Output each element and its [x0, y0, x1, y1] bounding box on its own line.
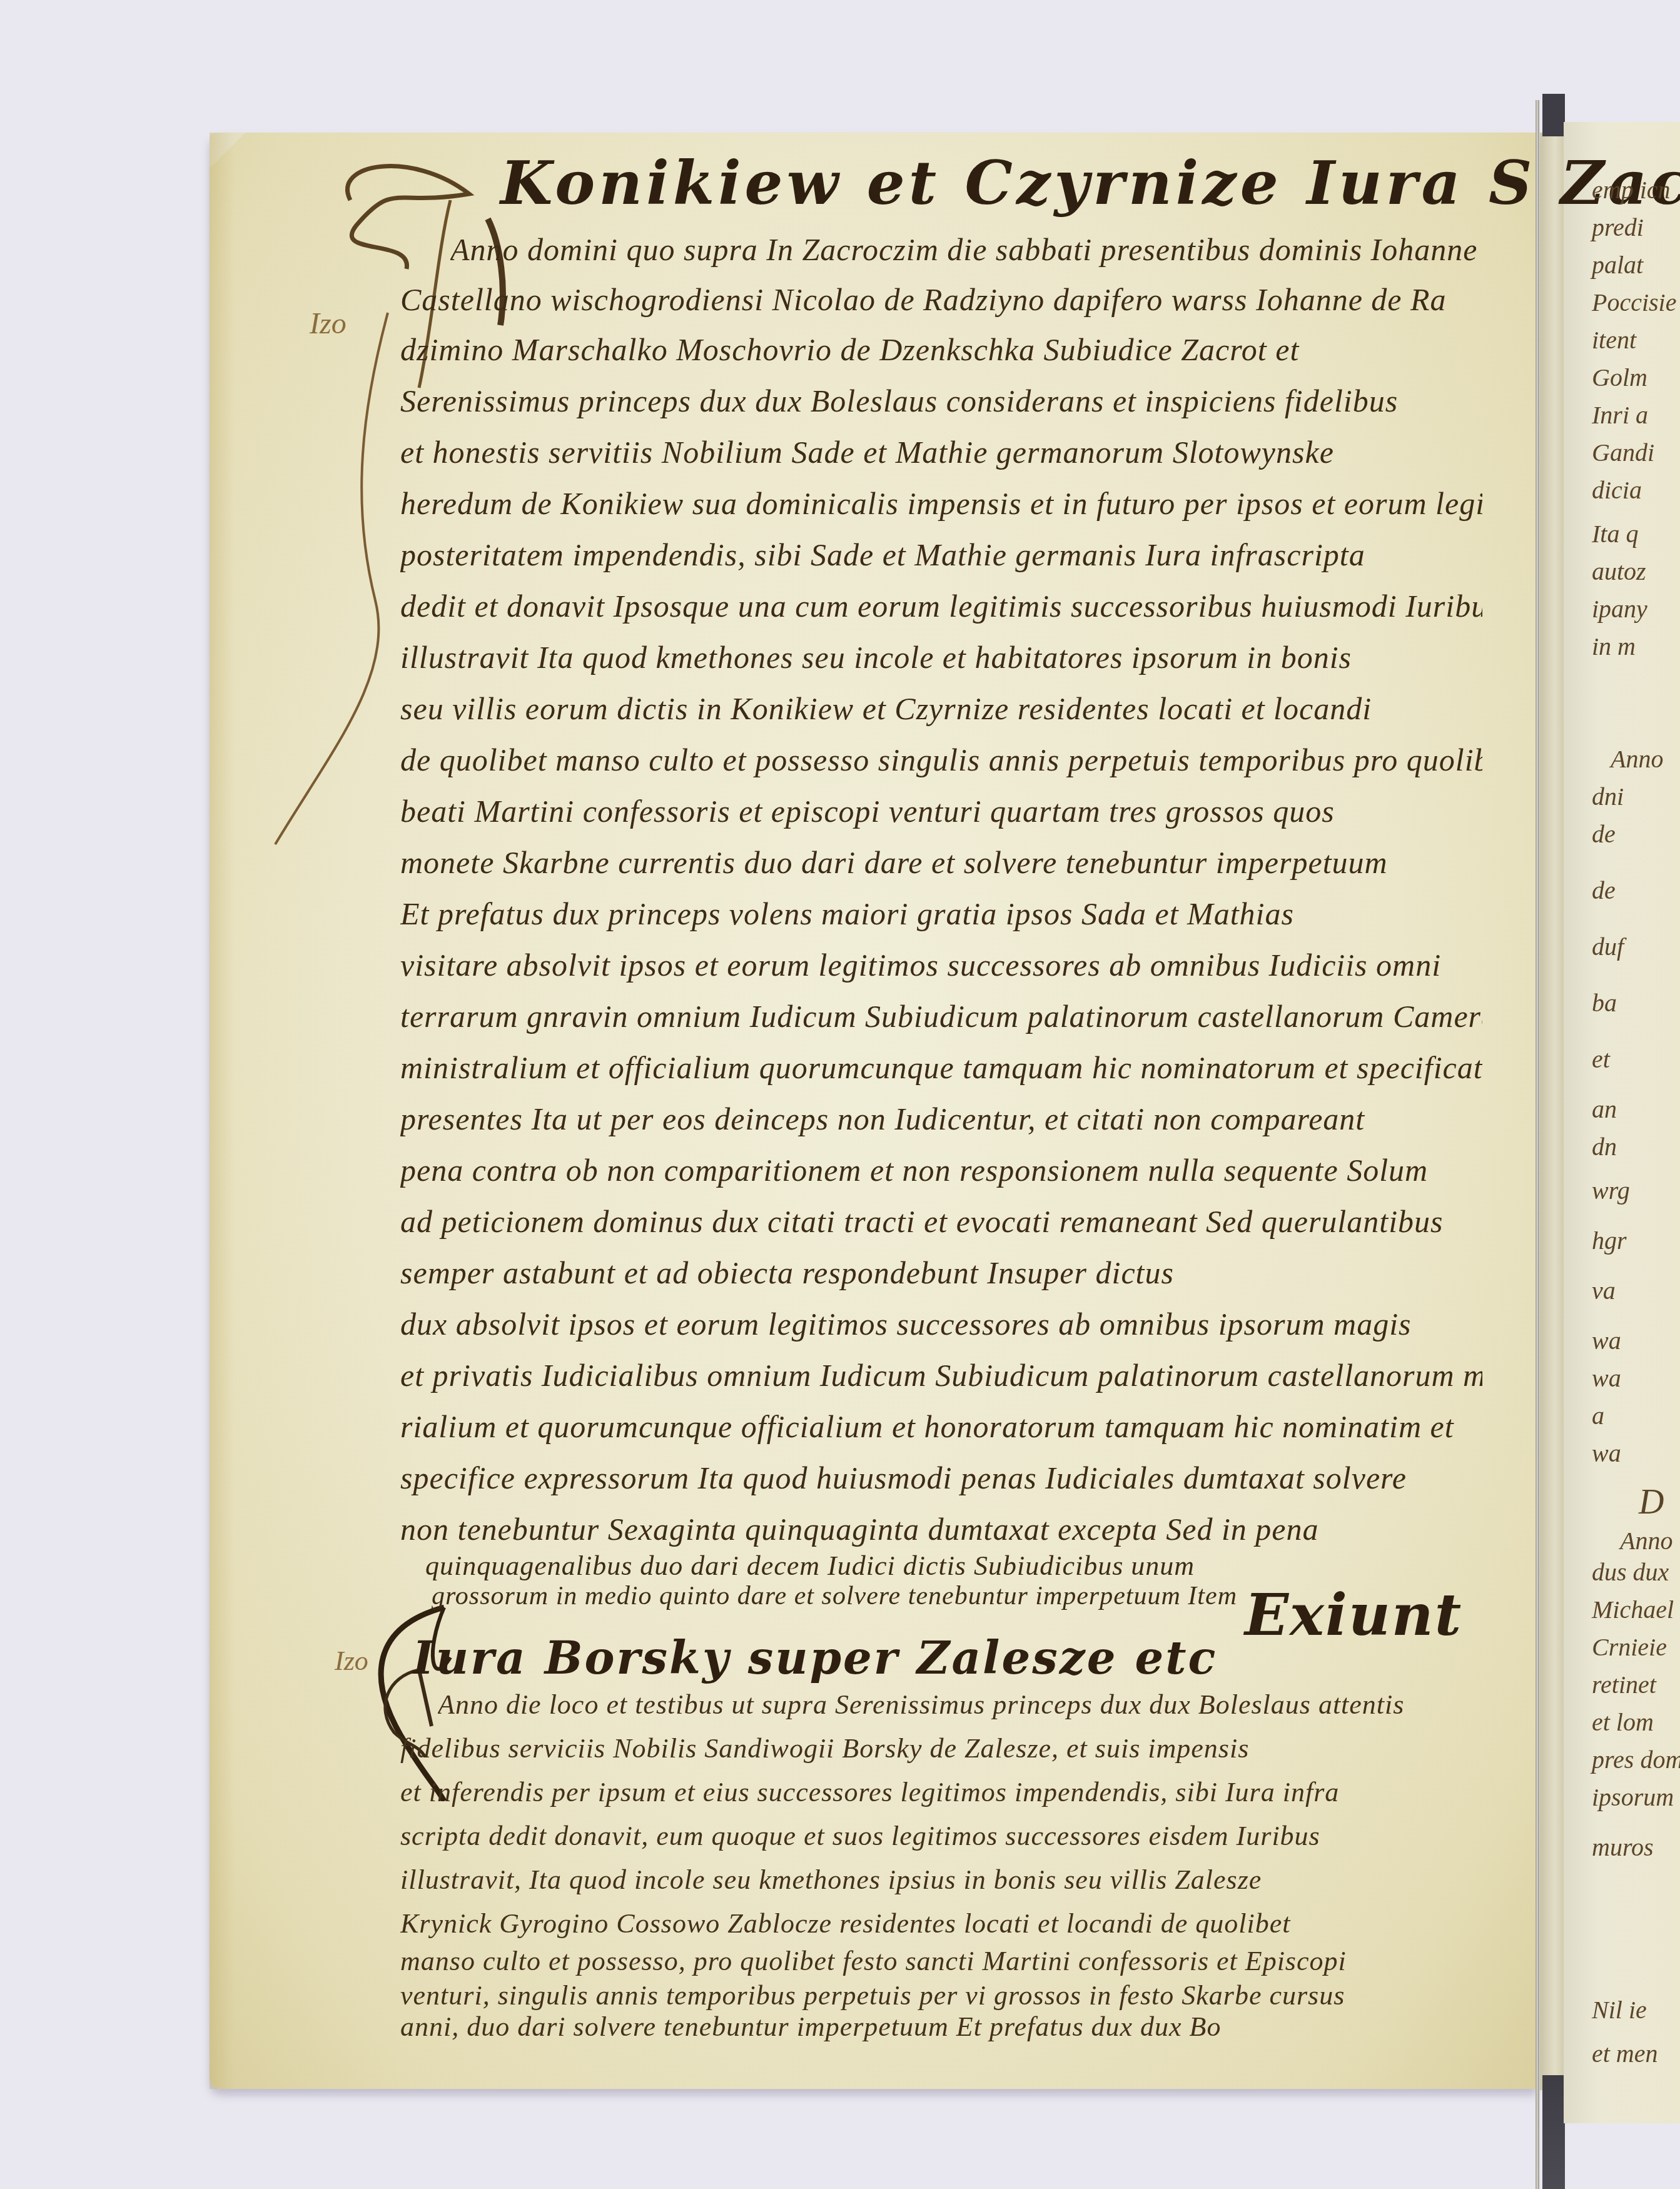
facing-fragment: et	[1592, 1044, 1610, 1074]
entry1-line: non tenebuntur Sexaginta quinquaginta du…	[400, 1511, 1482, 1547]
facing-fragment: Anno	[1620, 1526, 1672, 1555]
entry1-line: illustravit Ita quod kmethones seu incol…	[400, 639, 1482, 675]
facing-fragment: an	[1592, 1094, 1617, 1124]
facing-fragment: dn	[1592, 1132, 1617, 1161]
facing-fragment: de	[1592, 876, 1616, 905]
entry1-line: et honestis servitiis Nobilium Sade et M…	[400, 434, 1482, 470]
entry1-line: monete Skarbne currentis duo dari dare e…	[400, 844, 1482, 881]
binding-strip-top	[1542, 94, 1565, 136]
facing-fragment: va	[1592, 1276, 1616, 1305]
entry1-line: grossorum in medio quinto dare et solver…	[432, 1581, 1238, 1611]
binding-strip-bottom	[1542, 2075, 1565, 2189]
facing-fragment: emp icn	[1592, 175, 1671, 205]
entry2-line: Anno die loco et testibus ut supra Seren…	[438, 1689, 1464, 1721]
entry2-line: scripta dedit donavit, eum quoque et suo…	[400, 1820, 1476, 1852]
entry1-line: Serenissimus princeps dux dux Boleslaus …	[400, 383, 1482, 419]
facing-fragment: palat	[1592, 250, 1643, 280]
margin-note-2: Izo	[335, 1645, 368, 1677]
entry1-line: rialium et quorumcunque officialium et h…	[400, 1408, 1482, 1445]
facing-fragment: D	[1639, 1482, 1664, 1522]
entry2-heading: Iura Borsky super Zalesze etc	[413, 1631, 1217, 1684]
facing-fragment: Anno	[1611, 744, 1663, 774]
facing-fragment: itent	[1592, 325, 1636, 355]
entry1-line: quinquagenalibus duo dari decem Iudici d…	[425, 1550, 1426, 1582]
margin-note-1: Izo	[310, 306, 347, 341]
facing-fragment: pres dom	[1592, 1745, 1680, 1774]
facing-fragment: duf	[1592, 932, 1624, 961]
facing-fragment: wa	[1592, 1438, 1621, 1468]
entry1-line: Et prefatus dux princeps volens maiori g…	[400, 896, 1482, 932]
entry1-line: dedit et donavit Ipsosque una cum eorum …	[400, 588, 1482, 624]
facing-fragment: predi	[1592, 213, 1644, 242]
entry1-line: pena contra ob non comparitionem et non …	[400, 1152, 1482, 1188]
facing-fragment: Crnieie	[1592, 1632, 1667, 1662]
facing-fragment: et men	[1592, 2039, 1658, 2068]
entry1-line: visitare absolvit ipsos et eorum legitim…	[400, 947, 1482, 983]
entry1-line: Castellano wischogrodiensi Nicolao de Ra…	[400, 281, 1482, 318]
facing-fragment: dus dux	[1592, 1557, 1669, 1587]
entry1-line: posteritatem impendendis, sibi Sade et M…	[400, 537, 1482, 573]
facing-fragment: in m	[1592, 632, 1636, 661]
facing-fragment: a	[1592, 1401, 1604, 1430]
entry2-line: venturi, singulis annis temporibus perpe…	[400, 1979, 1476, 2011]
entry1-line: beati Martini confessoris et episcopi ve…	[400, 793, 1482, 829]
facing-fragment: Ita q	[1592, 519, 1638, 549]
entry1-line: ministralium et officialium quorumcunque…	[400, 1049, 1482, 1086]
entry2-line: et inferendis per ipsum et eius successo…	[400, 1776, 1476, 1808]
entry1-line: heredum de Konikiew sua dominicalis impe…	[400, 485, 1482, 522]
entry1-line: de quolibet manso culto et possesso sing…	[400, 742, 1482, 778]
entry1-line: dzimino Marschalko Moschovrio de Dzenksc…	[400, 331, 1482, 368]
entry1-line: dux absolvit ipsos et eorum legitimos su…	[400, 1306, 1482, 1342]
facing-fragment: Inri a	[1592, 400, 1648, 430]
gutter	[1540, 133, 1565, 2090]
entry1-line: terrarum gnravin omnium Iudicum Subiudic…	[400, 998, 1482, 1034]
entry2-line: illustravit, Ita quod incole seu kmethon…	[400, 1864, 1476, 1896]
entry1-line: semper astabunt et ad obiecta respondebu…	[400, 1255, 1482, 1291]
facing-fragment: ba	[1592, 988, 1617, 1018]
facing-fragment: dni	[1592, 782, 1624, 811]
facing-fragment: Poccisie	[1592, 288, 1677, 317]
facing-fragment: hgr	[1592, 1226, 1627, 1255]
facing-fragment: Gandi	[1592, 438, 1654, 467]
facing-fragment: ipany	[1592, 594, 1647, 624]
facing-fragment: wa	[1592, 1326, 1621, 1355]
entry2-line: manso culto et possesso, pro quolibet fe…	[400, 1945, 1476, 1977]
entry1-line: seu villis eorum dictis in Konikiew et C…	[400, 690, 1482, 727]
entry1-line: presentes Ita ut per eos deinceps non Iu…	[400, 1101, 1482, 1137]
facing-fragment: et lom	[1592, 1707, 1654, 1737]
facing-fragment: Nil ie	[1592, 1995, 1647, 2025]
entry1-line: ad peticionem dominus dux citati tracti …	[400, 1203, 1482, 1240]
exiunt-mark: Exiunt	[1245, 1581, 1462, 1649]
facing-fragment: retinet	[1592, 1670, 1656, 1699]
facing-fragment: Michael	[1592, 1595, 1674, 1624]
entry1-line: et privatis Iudicialibus omnium Iudicum …	[400, 1357, 1482, 1393]
facing-fragment: ipsorum	[1592, 1782, 1674, 1812]
entry2-line: fidelibus serviciis Nobilis Sandiwogii B…	[400, 1732, 1476, 1764]
entry2-line: Krynick Gyrogino Cossowo Zablocze reside…	[400, 1908, 1476, 1939]
glass-plate-edge	[1536, 100, 1539, 2189]
facing-fragment: dicia	[1592, 475, 1642, 505]
entry2-line: anni, duo dari solvere tenebuntur imperp…	[400, 2011, 1476, 2043]
entry1-heading: Konikiew et Czyrnize Iura S Zacrot	[500, 148, 1680, 218]
facing-fragment: autoz	[1592, 557, 1646, 586]
entry1-line: Anno domini quo supra In Zacroczim die s…	[450, 231, 1476, 268]
entry1-line: specifice expressorum Ita quod huiusmodi…	[400, 1460, 1482, 1496]
facing-fragment: wrg	[1592, 1176, 1630, 1205]
facing-fragment: wa	[1592, 1363, 1621, 1393]
facing-fragment: de	[1592, 819, 1616, 849]
facing-fragment: muros	[1592, 1833, 1654, 1862]
facing-fragment: Golm	[1592, 363, 1647, 392]
